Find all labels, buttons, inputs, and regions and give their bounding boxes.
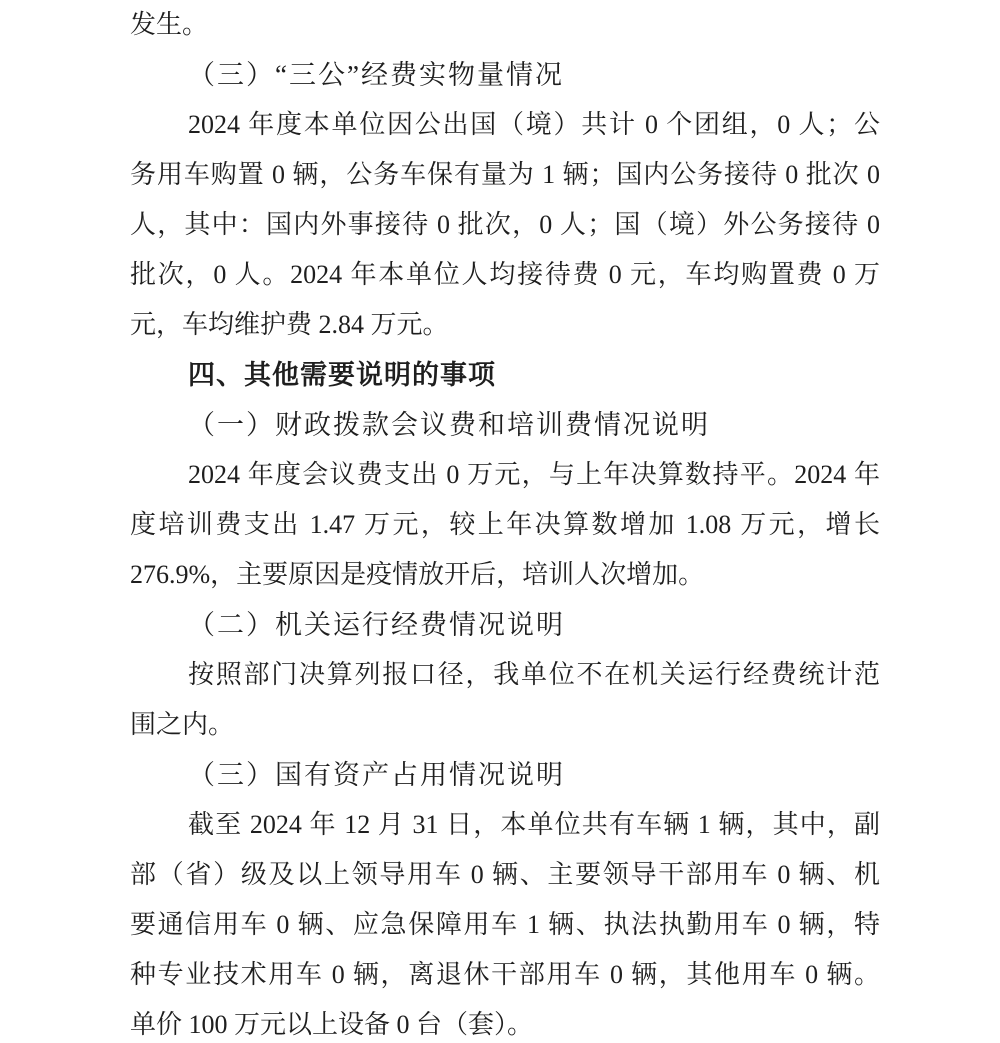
text-line: 单价 100 万元以上设备 0 台（套）。	[130, 1000, 880, 1043]
text-line: 截至 2024 年 12 月 31 日，本单位共有车辆 1 辆，其中，副	[130, 800, 880, 850]
text-line: 人，其中：国内外事接待 0 批次，0 人；国（境）外公务接待 0	[130, 200, 880, 250]
text-line: 度培训费支出 1.47 万元，较上年决算数增加 1.08 万元，增长	[130, 500, 880, 550]
text-line: 2024 年度本单位因公出国（境）共计 0 个团组，0 人；公	[130, 100, 880, 150]
text-line: （二）机关运行经费情况说明	[130, 600, 880, 650]
text-line: 发生。	[130, 0, 880, 50]
text-line: 要通信用车 0 辆、应急保障用车 1 辆、执法执勤用车 0 辆，特	[130, 900, 880, 950]
text-line: （三）国有资产占用情况说明	[130, 750, 880, 800]
text-line: （三）“三公”经费实物量情况	[130, 50, 880, 100]
text-line: 围之内。	[130, 700, 880, 750]
text-line: 种专业技术用车 0 辆，离退休干部用车 0 辆，其他用车 0 辆。	[130, 950, 880, 1000]
text-line: 2024 年度会议费支出 0 万元，与上年决算数持平。2024 年	[130, 450, 880, 500]
text-line: 部（省）级及以上领导用车 0 辆、主要领导干部用车 0 辆、机	[130, 850, 880, 900]
text-line: 批次，0 人。2024 年本单位人均接待费 0 元，车均购置费 0 万	[130, 250, 880, 300]
text-line: 元，车均维护费 2.84 万元。	[130, 300, 880, 350]
text-line: 四、其他需要说明的事项	[130, 350, 880, 400]
text-line: 按照部门决算列报口径，我单位不在机关运行经费统计范	[130, 650, 880, 700]
text-line: 276.9%，主要原因是疫情放开后，培训人次增加。	[130, 550, 880, 600]
text-line: 务用车购置 0 辆，公务车保有量为 1 辆；国内公务接待 0 批次 0	[130, 150, 880, 200]
text-line: （一）财政拨款会议费和培训费情况说明	[130, 400, 880, 450]
document-page: 发生。（三）“三公”经费实物量情况2024 年度本单位因公出国（境）共计 0 个…	[0, 0, 1000, 1043]
